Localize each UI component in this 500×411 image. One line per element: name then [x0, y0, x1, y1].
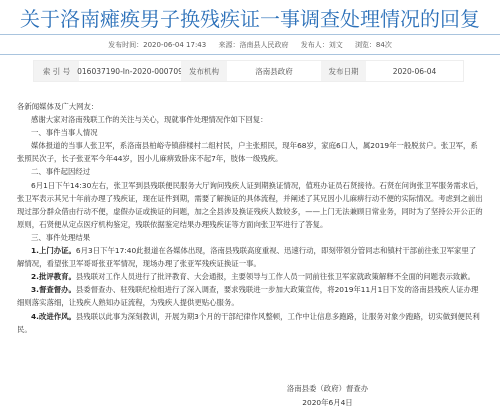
publisher: 发布人：刘文 — [301, 41, 343, 49]
result-text: 县残联以此事为深刻教训，开展为期3个月的干部纪律作风整顿，工作中让信息多跑路，让… — [17, 312, 480, 334]
meta-divider — [0, 54, 500, 55]
result-text: 6月3日下午17:40此报道在各媒体出现，洛南县残联高度重视、迅速行动，即刻带领… — [17, 246, 476, 268]
source: 来源：洛南县人民政府 — [218, 41, 288, 49]
date-value: 2020-06-04 — [366, 61, 463, 81]
signature-org: 洛南县委（政府）督查办 — [0, 383, 500, 394]
article-body: 各新闻媒体及广大网友： 感谢大家对洛南残联工作的关注与关心，现就事件处理情况作如… — [17, 100, 483, 336]
section-heading-1: 一、事件当事人情况 — [17, 126, 483, 139]
title-divider — [0, 34, 500, 35]
paragraph-intro: 感谢大家对洛南残联工作的关注与关心，现就事件处理情况作如下回复： — [17, 113, 483, 126]
publish-time: 发布时间：2020-06-04 17:43 — [108, 41, 206, 49]
index-label: 索 引 号 — [34, 61, 79, 81]
result-item: 3.督查督办。县委督查办、驻残联纪检组进行了深入调查，要求残联进一步加大政策宣传… — [17, 283, 483, 309]
article-title: 关于洛南瘫痪男子换残疾证一事调查处理情况的回复 — [0, 6, 500, 32]
result-item: 2.批评教育。县残联对工作人员进行了批评教育、大会通报，主要领导与工作人员一同前… — [17, 270, 483, 283]
result-item: 4.改进作风。县残联以此事为深刻教训，开展为期3个月的干部纪律作风整顿，工作中让… — [17, 310, 483, 336]
article-meta: 发布时间：2020-06-04 17:43 来源：洛南县人民政府 发布人：刘文 … — [0, 40, 500, 50]
org-value: 洛南县政府 — [227, 61, 321, 81]
section-heading-2: 二、事件起因经过 — [17, 165, 483, 178]
result-item: 1.上门办证。6月3日下午17:40此报道在各媒体出现，洛南县残联高度重视、迅速… — [17, 244, 483, 270]
view-count: 浏览：84次 — [355, 41, 392, 49]
result-text: 县残联对工作人员进行了批评教育、大会通报，主要领导与工作人员一同前往张卫军家就政… — [76, 272, 475, 281]
result-head: 2.批评教育。 — [31, 272, 76, 281]
salutation: 各新闻媒体及广大网友： — [17, 100, 483, 113]
result-head: 4.改进作风。 — [31, 312, 76, 321]
paragraph-party: 媒体报道的当事人张卫军，系洛南县柏峪寺镇薛楼村二组村民，户主张照民，现年68岁，… — [17, 139, 483, 165]
org-label: 发布机构 — [181, 61, 227, 81]
result-head: 1.上门办证。 — [31, 246, 76, 255]
date-label: 发布日期 — [321, 61, 366, 81]
signature-date: 2020年6月4日 — [0, 397, 500, 408]
result-head: 3.督查督办。 — [31, 285, 76, 294]
info-table: 索 引 号 016037190-In-2020-000709 发布机构 洛南县政… — [33, 60, 464, 82]
index-value: 016037190-In-2020-000709 — [79, 61, 181, 81]
paragraph-cause: 6月1日下午14:30左右，张卫军到县残联便民服务大厅询问残疾人证到期换证情况，… — [17, 179, 483, 231]
section-heading-3: 三、事件处理结果 — [17, 231, 483, 244]
result-text: 县委督查办、驻残联纪检组进行了深入调查，要求残联进一步加大政策宣传，将2019年… — [17, 285, 478, 307]
